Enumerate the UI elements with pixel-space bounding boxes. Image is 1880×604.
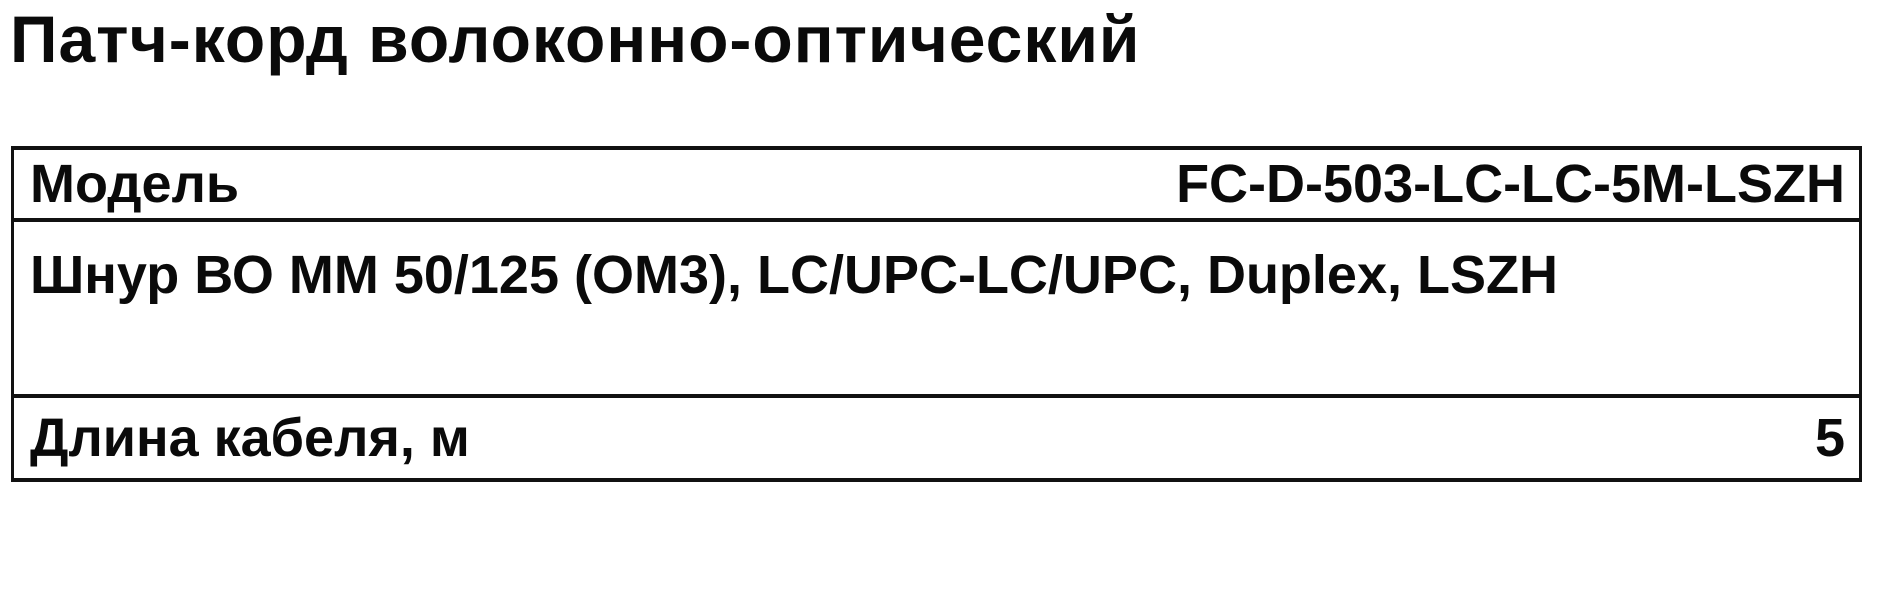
- spec-row-model: Модель FC-D-503-LC-LC-5M-LSZH: [14, 150, 1859, 222]
- spec-table: Модель FC-D-503-LC-LC-5M-LSZH Шнур ВО ММ…: [11, 146, 1862, 482]
- model-value: FC-D-503-LC-LC-5M-LSZH: [1176, 153, 1845, 215]
- cable-length-value: 5: [1815, 407, 1845, 469]
- product-title: Патч-корд волоконно-оптический: [10, 2, 1141, 78]
- cable-length-label: Длина кабеля, м: [30, 407, 470, 469]
- description-text: Шнур ВО ММ 50/125 (ОМ3), LC/UPC-LC/UPC, …: [30, 245, 1558, 305]
- spec-row-description: Шнур ВО ММ 50/125 (ОМ3), LC/UPC-LC/UPC, …: [14, 222, 1859, 398]
- model-label: Модель: [30, 153, 239, 215]
- spec-row-cable-length: Длина кабеля, м 5: [14, 398, 1859, 482]
